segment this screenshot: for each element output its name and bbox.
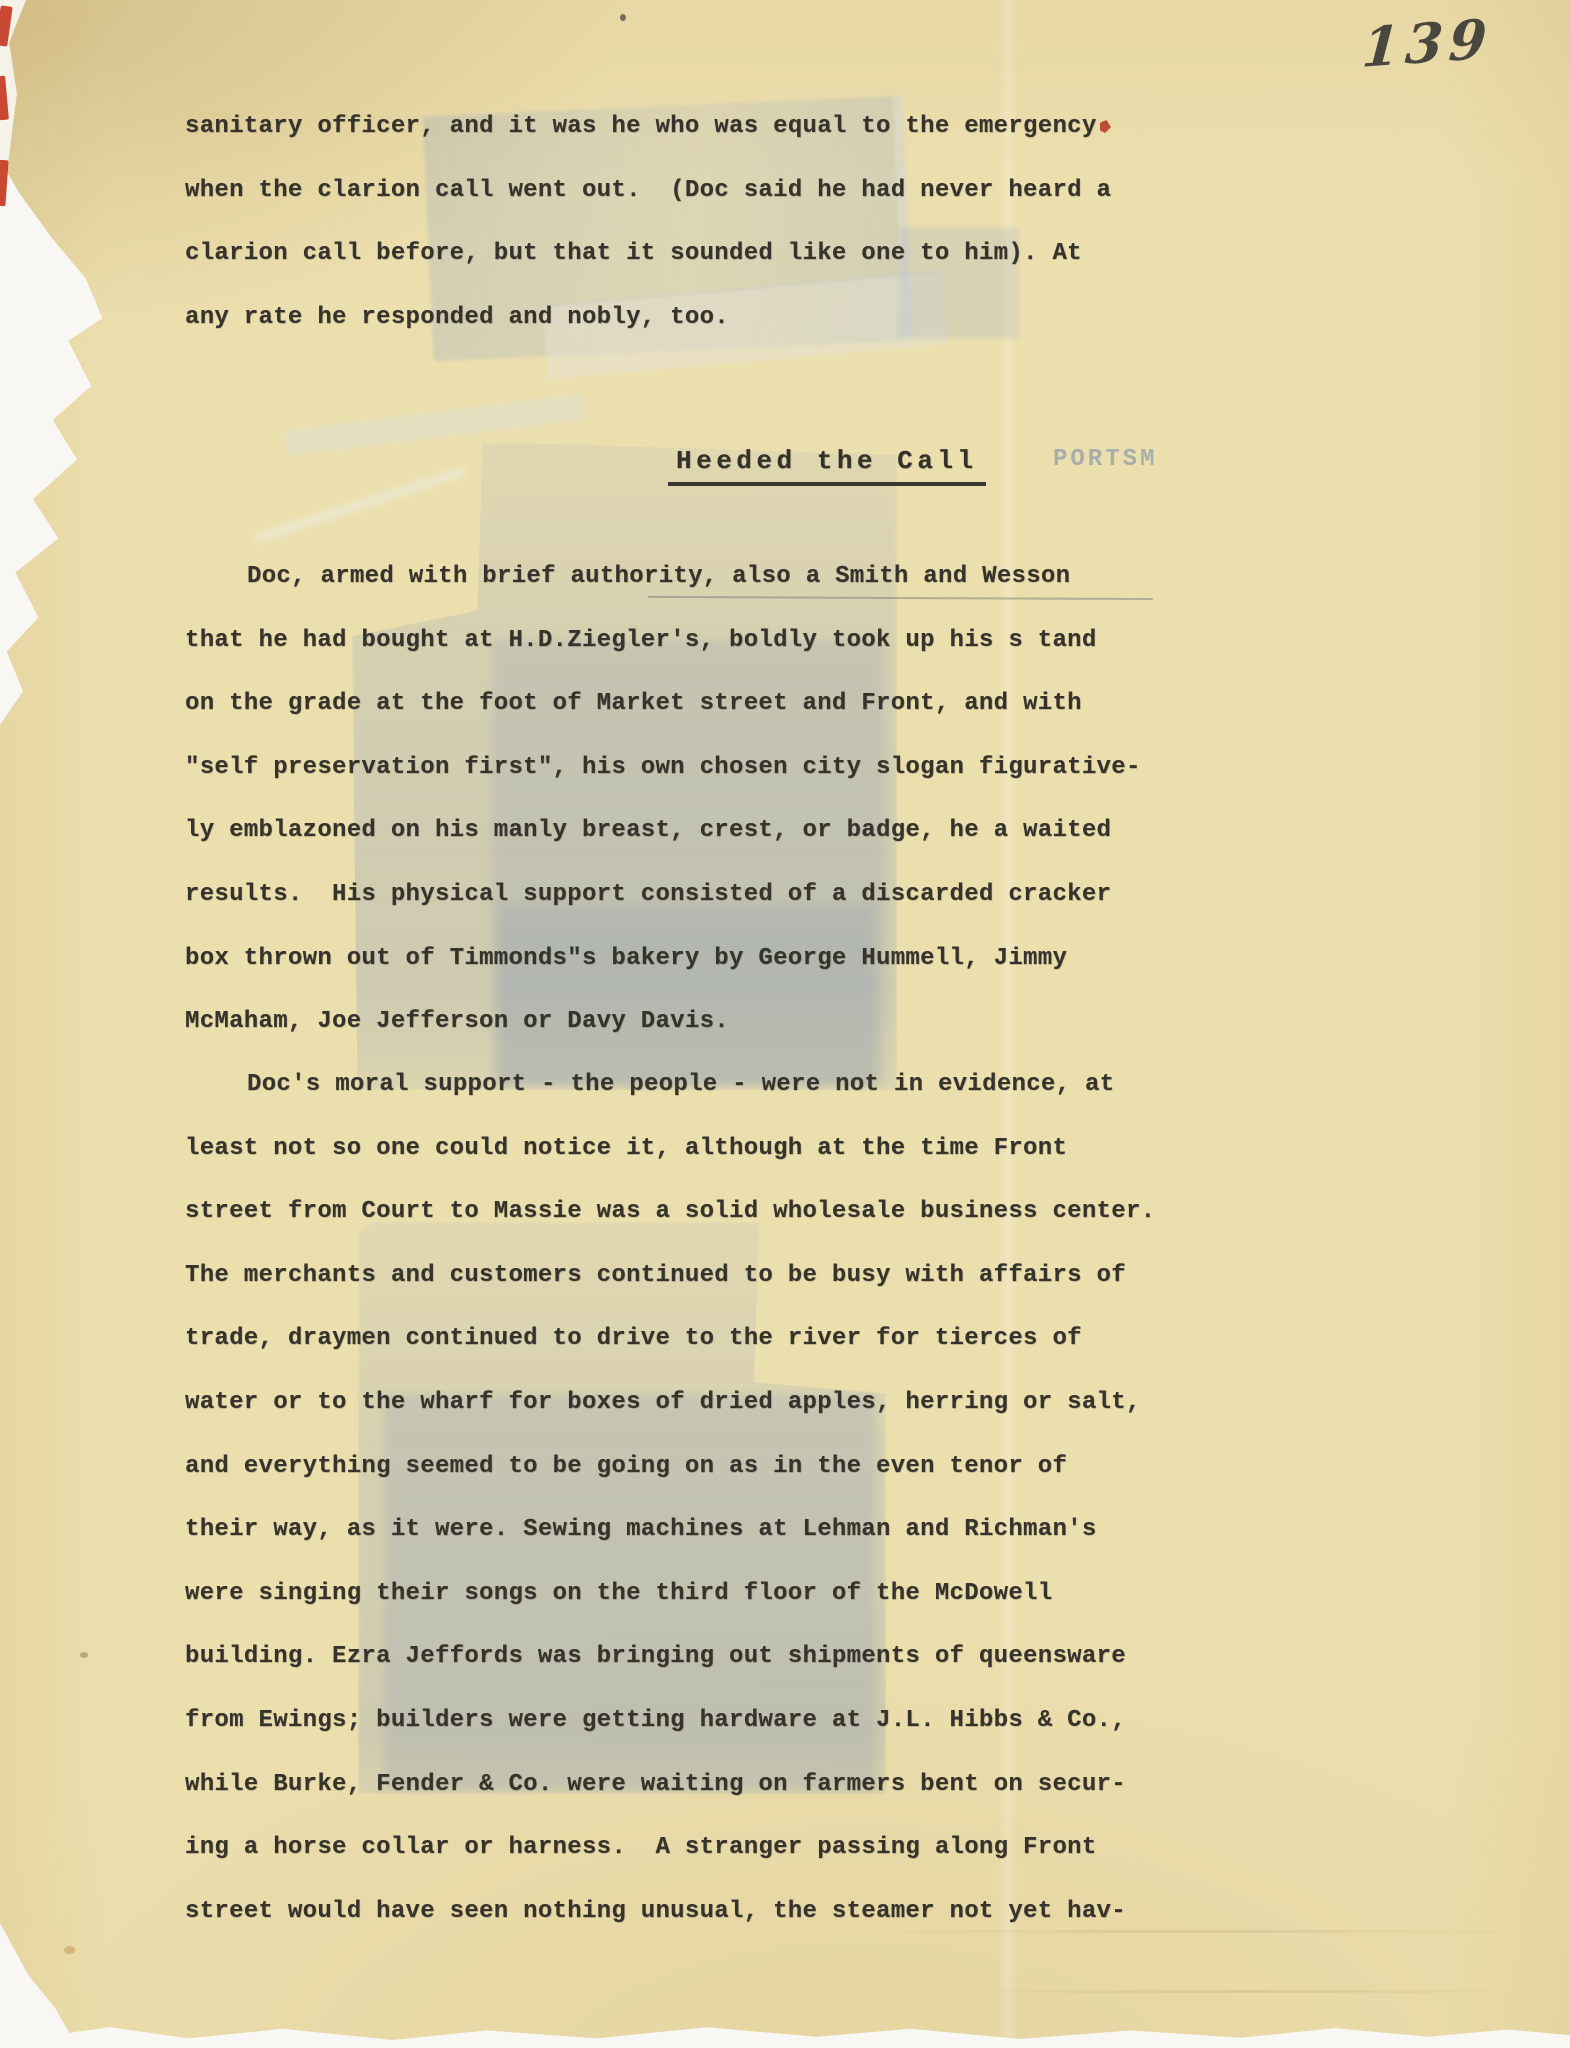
red-edge-mark: [0, 76, 9, 121]
torn-edge-bottom: [0, 2016, 1570, 2048]
text-line: McMaham, Joe Jefferson or Davy Davis.: [185, 990, 1495, 1054]
text-line: street from Court to Massie was a solid …: [185, 1180, 1495, 1244]
scanned-typewritten-page: 139 sanitary officer, and it was he who …: [0, 0, 1570, 2048]
text-line: water or to the wharf for boxes of dried…: [185, 1371, 1495, 1435]
text-line: Doc, armed with brief authority, also a …: [185, 545, 1495, 609]
paragraph: Doc, armed with brief authority, also a …: [185, 545, 1495, 1054]
red-edge-mark: [0, 160, 9, 207]
text-line: were singing their songs on the third fl…: [185, 1562, 1495, 1626]
paper-fleck: [80, 1652, 88, 1658]
text-line: any rate he responded and nobly, too.: [185, 286, 1495, 350]
paragraph: sanitary officer, and it was he who was …: [185, 95, 1495, 349]
text-line: from Ewings; builders were getting hardw…: [185, 1689, 1495, 1753]
paper-stain-spot: [64, 1946, 75, 1954]
text-line: sanitary officer, and it was he who was …: [185, 95, 1495, 159]
text-line: "self preservation first", his own chose…: [185, 736, 1495, 800]
text-line: when the clarion call went out. (Doc sai…: [185, 159, 1495, 223]
text-line: clarion call before, but that it sounded…: [185, 222, 1495, 286]
torn-edge-left: [0, 160, 110, 725]
text-line: ly emblazoned on his manly breast, crest…: [185, 799, 1495, 863]
text-line: box thrown out of Timmonds"s bakery by G…: [185, 927, 1495, 991]
newsprint-stamp-fragment: PORTSM: [1053, 448, 1157, 472]
text-line: that he had bought at H.D.Ziegler's, bol…: [185, 609, 1495, 673]
text-line: The merchants and customers continued to…: [185, 1244, 1495, 1308]
tape-streak: [285, 394, 586, 456]
horizontal-crease: [950, 1990, 1550, 1993]
text-line: least not so one could notice it, althou…: [185, 1117, 1495, 1181]
text-line: while Burke, Fender & Co. were waiting o…: [185, 1753, 1495, 1817]
text-line: building. Ezra Jeffords was bringing out…: [185, 1625, 1495, 1689]
text-line: ing a horse collar or harness. A strange…: [185, 1816, 1495, 1880]
page-number-handwritten: 139: [1360, 11, 1494, 75]
torn-edge-bottom-left: [0, 1923, 95, 2048]
text-line: and everything seemed to be going on as …: [185, 1435, 1495, 1499]
text-line: results. His physical support consisted …: [185, 863, 1495, 927]
paragraph: Doc's moral support - the people - were …: [185, 1053, 1495, 1943]
paper-fleck: [620, 14, 626, 21]
text-line: their way, as it were. Sewing machines a…: [185, 1498, 1495, 1562]
text-line: trade, draymen continued to drive to the…: [185, 1307, 1495, 1371]
text-line: street would have seen nothing unusual, …: [185, 1880, 1495, 1944]
section-heading: Heeded the Call: [668, 448, 986, 486]
text-line: on the grade at the foot of Market stree…: [185, 672, 1495, 736]
text-line: Doc's moral support - the people - were …: [185, 1053, 1495, 1117]
red-edge-mark: [0, 5, 13, 46]
diagonal-crease: [254, 466, 466, 543]
